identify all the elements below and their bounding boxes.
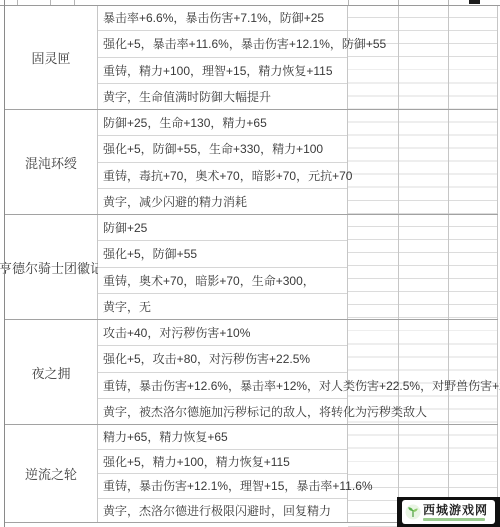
stat-rows: 防御+25 强化+5，防御+55 重铸，奥术+70，暗影+70，生命+300， … [98,215,348,319]
watermark-text-block: 西城游戏网 [423,504,488,521]
stat-cell[interactable]: 重铸，精力+100，理智+15，精力恢复+115 [98,58,347,84]
item-name-cell[interactable]: 混沌环绶 [5,110,98,214]
watermark-site-name: 西城游戏网 [423,504,488,516]
stat-cell[interactable]: 强化+5，攻击+80，对污秽伤害+22.5% [98,346,347,372]
sliver-gridline [448,0,449,5]
item-section-hengdeer: 亨德尔骑士团徽记 防御+25 强化+5，防御+55 重铸，奥术+70，暗影+70… [5,215,498,320]
item-section-guilingxia: 固灵匣 暴击率+6.6%，暴击伤害+7.1%，防御+25 强化+5，暴击率+11… [5,5,498,110]
item-section-yezhiyong: 夜之拥 攻击+40，对污秽伤害+10% 强化+5，攻击+80，对污秽伤害+22.… [5,320,498,425]
sliver-gridline [50,0,51,5]
stat-cell[interactable]: 黄字，生命值满时防御大幅提升 [98,84,347,109]
stat-cell[interactable]: 重铸，暴击伤害+12.6%，暴击率+12%，对人类伤害+22.5%，对野兽伤害+… [98,373,347,399]
stat-cell[interactable]: 重铸，毒抗+70，奥术+70，暗影+70，元抗+70 [98,163,347,189]
item-name-cell[interactable]: 亨德尔骑士团徽记 [5,215,98,319]
sprout-logo-icon [405,504,421,520]
watermark-pill: 西城游戏网 [402,500,495,524]
row-divider [0,5,500,6]
item-section-hundunhuanshou: 混沌环绶 防御+25，生命+130，精力+65 强化+5，防御+55，生命+33… [5,110,498,215]
stat-cell[interactable]: 防御+25 [98,215,347,241]
stat-cell[interactable]: 重铸，暴击伤害+12.1%，理智+15，暴击率+11.6% [98,474,347,499]
stat-cell[interactable]: 重铸，奥术+70，暗影+70，生命+300， [98,268,347,294]
stat-cell[interactable]: 强化+5，防御+55，生命+330，精力+100 [98,136,347,162]
item-name-cell[interactable]: 逆流之轮 [5,425,98,522]
stat-cell[interactable]: 黄字，杰洛尔德进行极限闪避时，回复精力 [98,499,347,523]
stat-rows: 暴击率+6.6%，暴击伤害+7.1%，防御+25 强化+5，暴击率+11.6%，… [98,5,348,109]
stat-cell[interactable]: 黄字，无 [98,294,347,319]
stat-cell[interactable]: 黄字，减少闪避的精力消耗 [98,189,347,214]
cutoff-content-fragment [469,0,480,4]
table-left-border [4,0,5,527]
site-watermark: 西城游戏网 [397,497,500,527]
item-name-cell[interactable]: 固灵匣 [5,5,98,109]
stat-cell[interactable]: 防御+25，生命+130，精力+65 [98,110,347,136]
stat-cell[interactable]: 强化+5，暴击率+11.6%，暴击伤害+12.1%，防御+55 [98,31,347,57]
stat-rows: 攻击+40，对污秽伤害+10% 强化+5，攻击+80，对污秽伤害+22.5% 重… [98,320,348,424]
stat-cell[interactable]: 强化+5，防御+55 [98,241,347,267]
stat-cell[interactable]: 暴击率+6.6%，暴击伤害+7.1%，防御+25 [98,5,347,31]
stat-cell[interactable]: 黄字，被杰洛尔德施加污秽标记的敌人，将转化为污秽类敌人 [98,399,347,424]
sliver-gridline [74,0,75,5]
spreadsheet-screenshot: 固灵匣 暴击率+6.6%，暴击伤害+7.1%，防御+25 强化+5，暴击率+11… [0,0,500,527]
sliver-gridline [17,0,18,5]
stat-cell[interactable]: 精力+65，精力恢复+65 [98,425,347,450]
stat-cell[interactable]: 攻击+40，对污秽伤害+10% [98,320,347,346]
stat-rows: 精力+65，精力恢复+65 强化+5，精力+100，精力恢复+115 重铸，暴击… [98,425,348,522]
sliver-gridline [398,0,399,5]
item-name-cell[interactable]: 夜之拥 [5,320,98,424]
sliver-gridline [348,0,349,5]
watermark-subtext-line [423,518,485,521]
stat-rows: 防御+25，生命+130，精力+65 强化+5，防御+55，生命+330，精力+… [98,110,348,214]
stat-cell[interactable]: 强化+5，精力+100，精力恢复+115 [98,450,347,475]
